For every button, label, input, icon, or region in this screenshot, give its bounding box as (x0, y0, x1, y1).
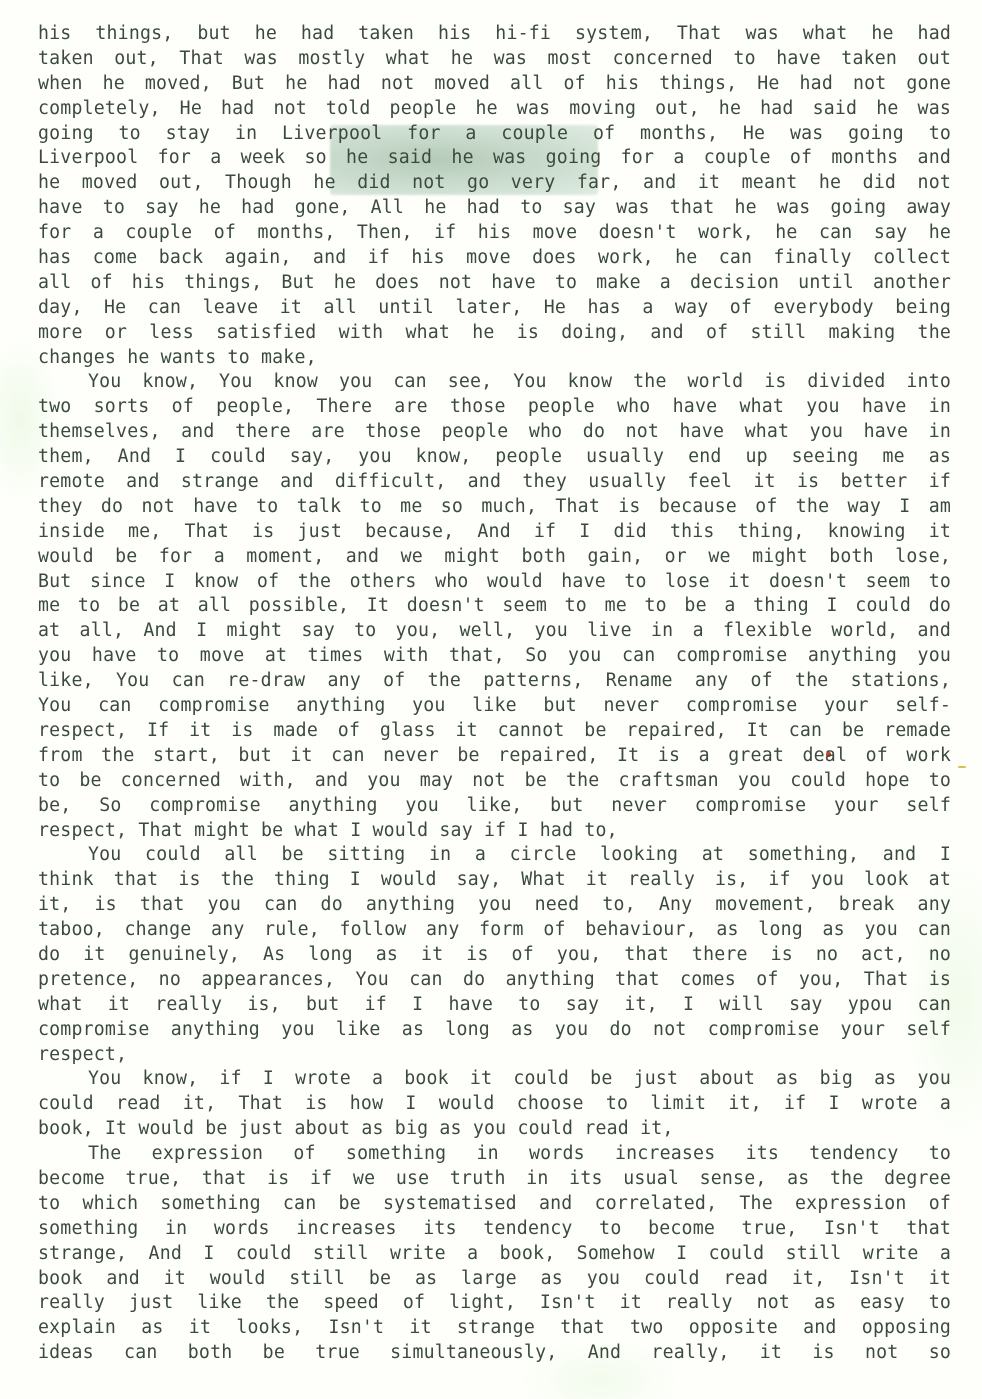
text-line: become true, that is if we use truth in … (38, 1167, 951, 1192)
text-line: themselves, and there are those people w… (38, 420, 951, 445)
text-line: You know, if I wrote a book it could be … (38, 1067, 951, 1092)
text-line: would be for a moment, and we might both… (38, 545, 951, 570)
text-line: when he moved, But he had not moved all … (38, 72, 951, 97)
text-line: could read it, That is how I would choos… (38, 1092, 951, 1117)
text-line: You know, You know you can see, You know… (38, 370, 951, 395)
text-line: like, You can re-draw any of the pattern… (38, 669, 951, 694)
text-line: taboo, change any rule, follow any form … (38, 918, 951, 943)
text-line: remote and strange and difficult, and th… (38, 470, 951, 495)
paragraph: You know, You know you can see, You know… (38, 370, 951, 843)
text-line: all of his things, But he does not have … (38, 271, 951, 296)
text-line: explain as it looks, Isn't it strange th… (38, 1316, 951, 1341)
text-line: book, It would be just about as big as y… (38, 1117, 951, 1142)
text-line: respect, That might be what I would say … (38, 819, 951, 844)
text-line: The expression of something in words inc… (38, 1142, 951, 1167)
text-line: what it really is, but if I have to say … (38, 993, 951, 1018)
text-line: You can compromise anything you like but… (38, 694, 951, 719)
text-line: to be concerned with, and you may not be… (38, 769, 951, 794)
paragraph: You know, if I wrote a book it could be … (38, 1067, 951, 1142)
text-line: You could all be sitting in a circle loo… (38, 843, 951, 868)
text-line: you have to move at times with that, So … (38, 644, 951, 669)
text-line: day, He can leave it all until later, He… (38, 296, 951, 321)
text-line: Liverpool for a week so he said he was g… (38, 146, 951, 171)
text-line: think that is the thing I would say, Wha… (38, 868, 951, 893)
text-line: to which something can be systematised a… (38, 1192, 951, 1217)
text-line: strange, And I could still write a book,… (38, 1242, 951, 1267)
text-line: his things, but he had taken his hi-fi s… (38, 22, 951, 47)
paragraph: his things, but he had taken his hi-fi s… (38, 22, 951, 370)
text-line: But since I know of the others who would… (38, 570, 951, 595)
text-line: really just like the speed of light, Isn… (38, 1291, 951, 1316)
text-line: them, And I could say, you know, people … (38, 445, 951, 470)
text-line: pretence, no appearances, You can do any… (38, 968, 951, 993)
text-line: have to say he had gone, All he had to s… (38, 196, 951, 221)
text-line: two sorts of people, There are those peo… (38, 395, 951, 420)
text-line: completely, He had not told people he wa… (38, 97, 951, 122)
text-line: he moved out, Though he did not go very … (38, 171, 951, 196)
text-line: respect, If it is made of glass it canno… (38, 719, 951, 744)
ink-speck (958, 766, 966, 768)
text-line: they do not have to talk to me so much, … (38, 495, 951, 520)
text-line: do it genuinely, As long as it is of you… (38, 943, 951, 968)
typed-page: his things, but he had taken his hi-fi s… (38, 22, 951, 1366)
paragraph: The expression of something in words inc… (38, 1142, 951, 1366)
text-line: ideas can both be true simultaneously, A… (38, 1341, 951, 1366)
text-line: book and it would still be as large as y… (38, 1267, 951, 1292)
text-line: at all, And I might say to you, well, yo… (38, 619, 951, 644)
text-line: taken out, That was mostly what he was m… (38, 47, 951, 72)
text-line: going to stay in Liverpool for a couple … (38, 122, 951, 147)
text-line: changes he wants to make, (38, 346, 951, 371)
text-line: be, So compromise anything you like, but… (38, 794, 951, 819)
text-line: me to be at all possible, It doesn't see… (38, 594, 951, 619)
text-line: inside me, That is just because, And if … (38, 520, 951, 545)
paragraph: You could all be sitting in a circle loo… (38, 843, 951, 1067)
text-line: it, is that you can do anything you need… (38, 893, 951, 918)
text-line: respect, (38, 1043, 951, 1068)
text-line: something in words increases its tendenc… (38, 1217, 951, 1242)
text-line: has come back again, and if his move doe… (38, 246, 951, 271)
text-line: for a couple of months, Then, if his mov… (38, 221, 951, 246)
text-line: compromise anything you like as long as … (38, 1018, 951, 1043)
text-line: from the start, but it can never be repa… (38, 744, 951, 769)
text-line: more or less satisfied with what he is d… (38, 321, 951, 346)
